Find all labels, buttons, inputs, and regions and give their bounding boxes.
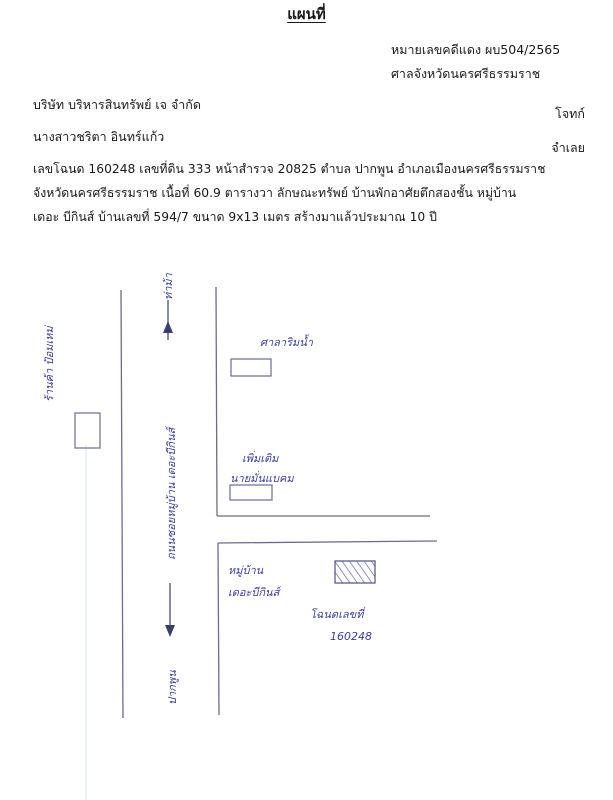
- left-shop-building: [75, 413, 100, 448]
- road-edge-left: [121, 290, 123, 718]
- plaintiff-name: บริษัท บริหารสินทรัพย์ เจ จำกัด: [33, 95, 201, 115]
- top-house-label: ศาลาริมน้ำ: [260, 334, 314, 349]
- middle-house-label-2: นายมั่นแบคม: [230, 470, 294, 485]
- middle-house-building: [230, 485, 272, 500]
- south-arrow-icon: [165, 625, 175, 637]
- deed-number: 160248: [330, 630, 372, 643]
- road-edge-right-lower: [218, 543, 219, 715]
- sketch-map: ท่าม้า ถนนซอยหมู่บ้าน เดอะบีกินส์ ปากพูน…: [0, 0, 613, 800]
- property-description-line: จังหวัดนครศรีธรรมราช เนื้อที่ 60.9 ตาราง…: [33, 184, 593, 203]
- top-house-building: [231, 359, 271, 376]
- defendant-role: จำเลย: [551, 138, 585, 158]
- subject-property-building: [335, 561, 375, 583]
- north-arrow-icon: [163, 321, 173, 333]
- defendant-name: นางสาวชริตา อินทร์แก้ว: [33, 127, 164, 147]
- village-label-1: หมู่บ้าน: [228, 564, 264, 577]
- property-description-line: เดอะ บีกินส์ บ้านเลขที่ 594/7 ขนาด 9x13 …: [33, 208, 593, 227]
- side-road-edge-lower: [218, 541, 437, 543]
- middle-house-label-1: เพิ่มเติม: [242, 450, 279, 465]
- case-number: หมายเลขคดีแดง ผบ504/2565: [391, 40, 560, 60]
- north-direction-label: ท่าม้า: [162, 272, 175, 300]
- main-road-label: ถนนซอยหมู่บ้าน เดอะบีกินส์: [165, 425, 178, 560]
- plaintiff-role: โจทก์: [555, 104, 585, 124]
- property-description-line: เลขโฉนด 160248 เลขที่ดิน 333 หน้าสำรวจ 2…: [33, 160, 593, 179]
- left-shop-label: ร้านค้า ป้อมเหม่: [43, 324, 56, 402]
- road-edge-right-upper: [216, 287, 217, 516]
- village-label-2: เดอะบีกินส์: [228, 586, 282, 599]
- page-title: แผนที่: [0, 2, 613, 26]
- court-name: ศาลจังหวัดนครศรีธรรมราช: [391, 64, 540, 84]
- deed-label: โฉนดเลขที่: [310, 606, 365, 621]
- south-direction-label: ปากพูน: [166, 670, 179, 705]
